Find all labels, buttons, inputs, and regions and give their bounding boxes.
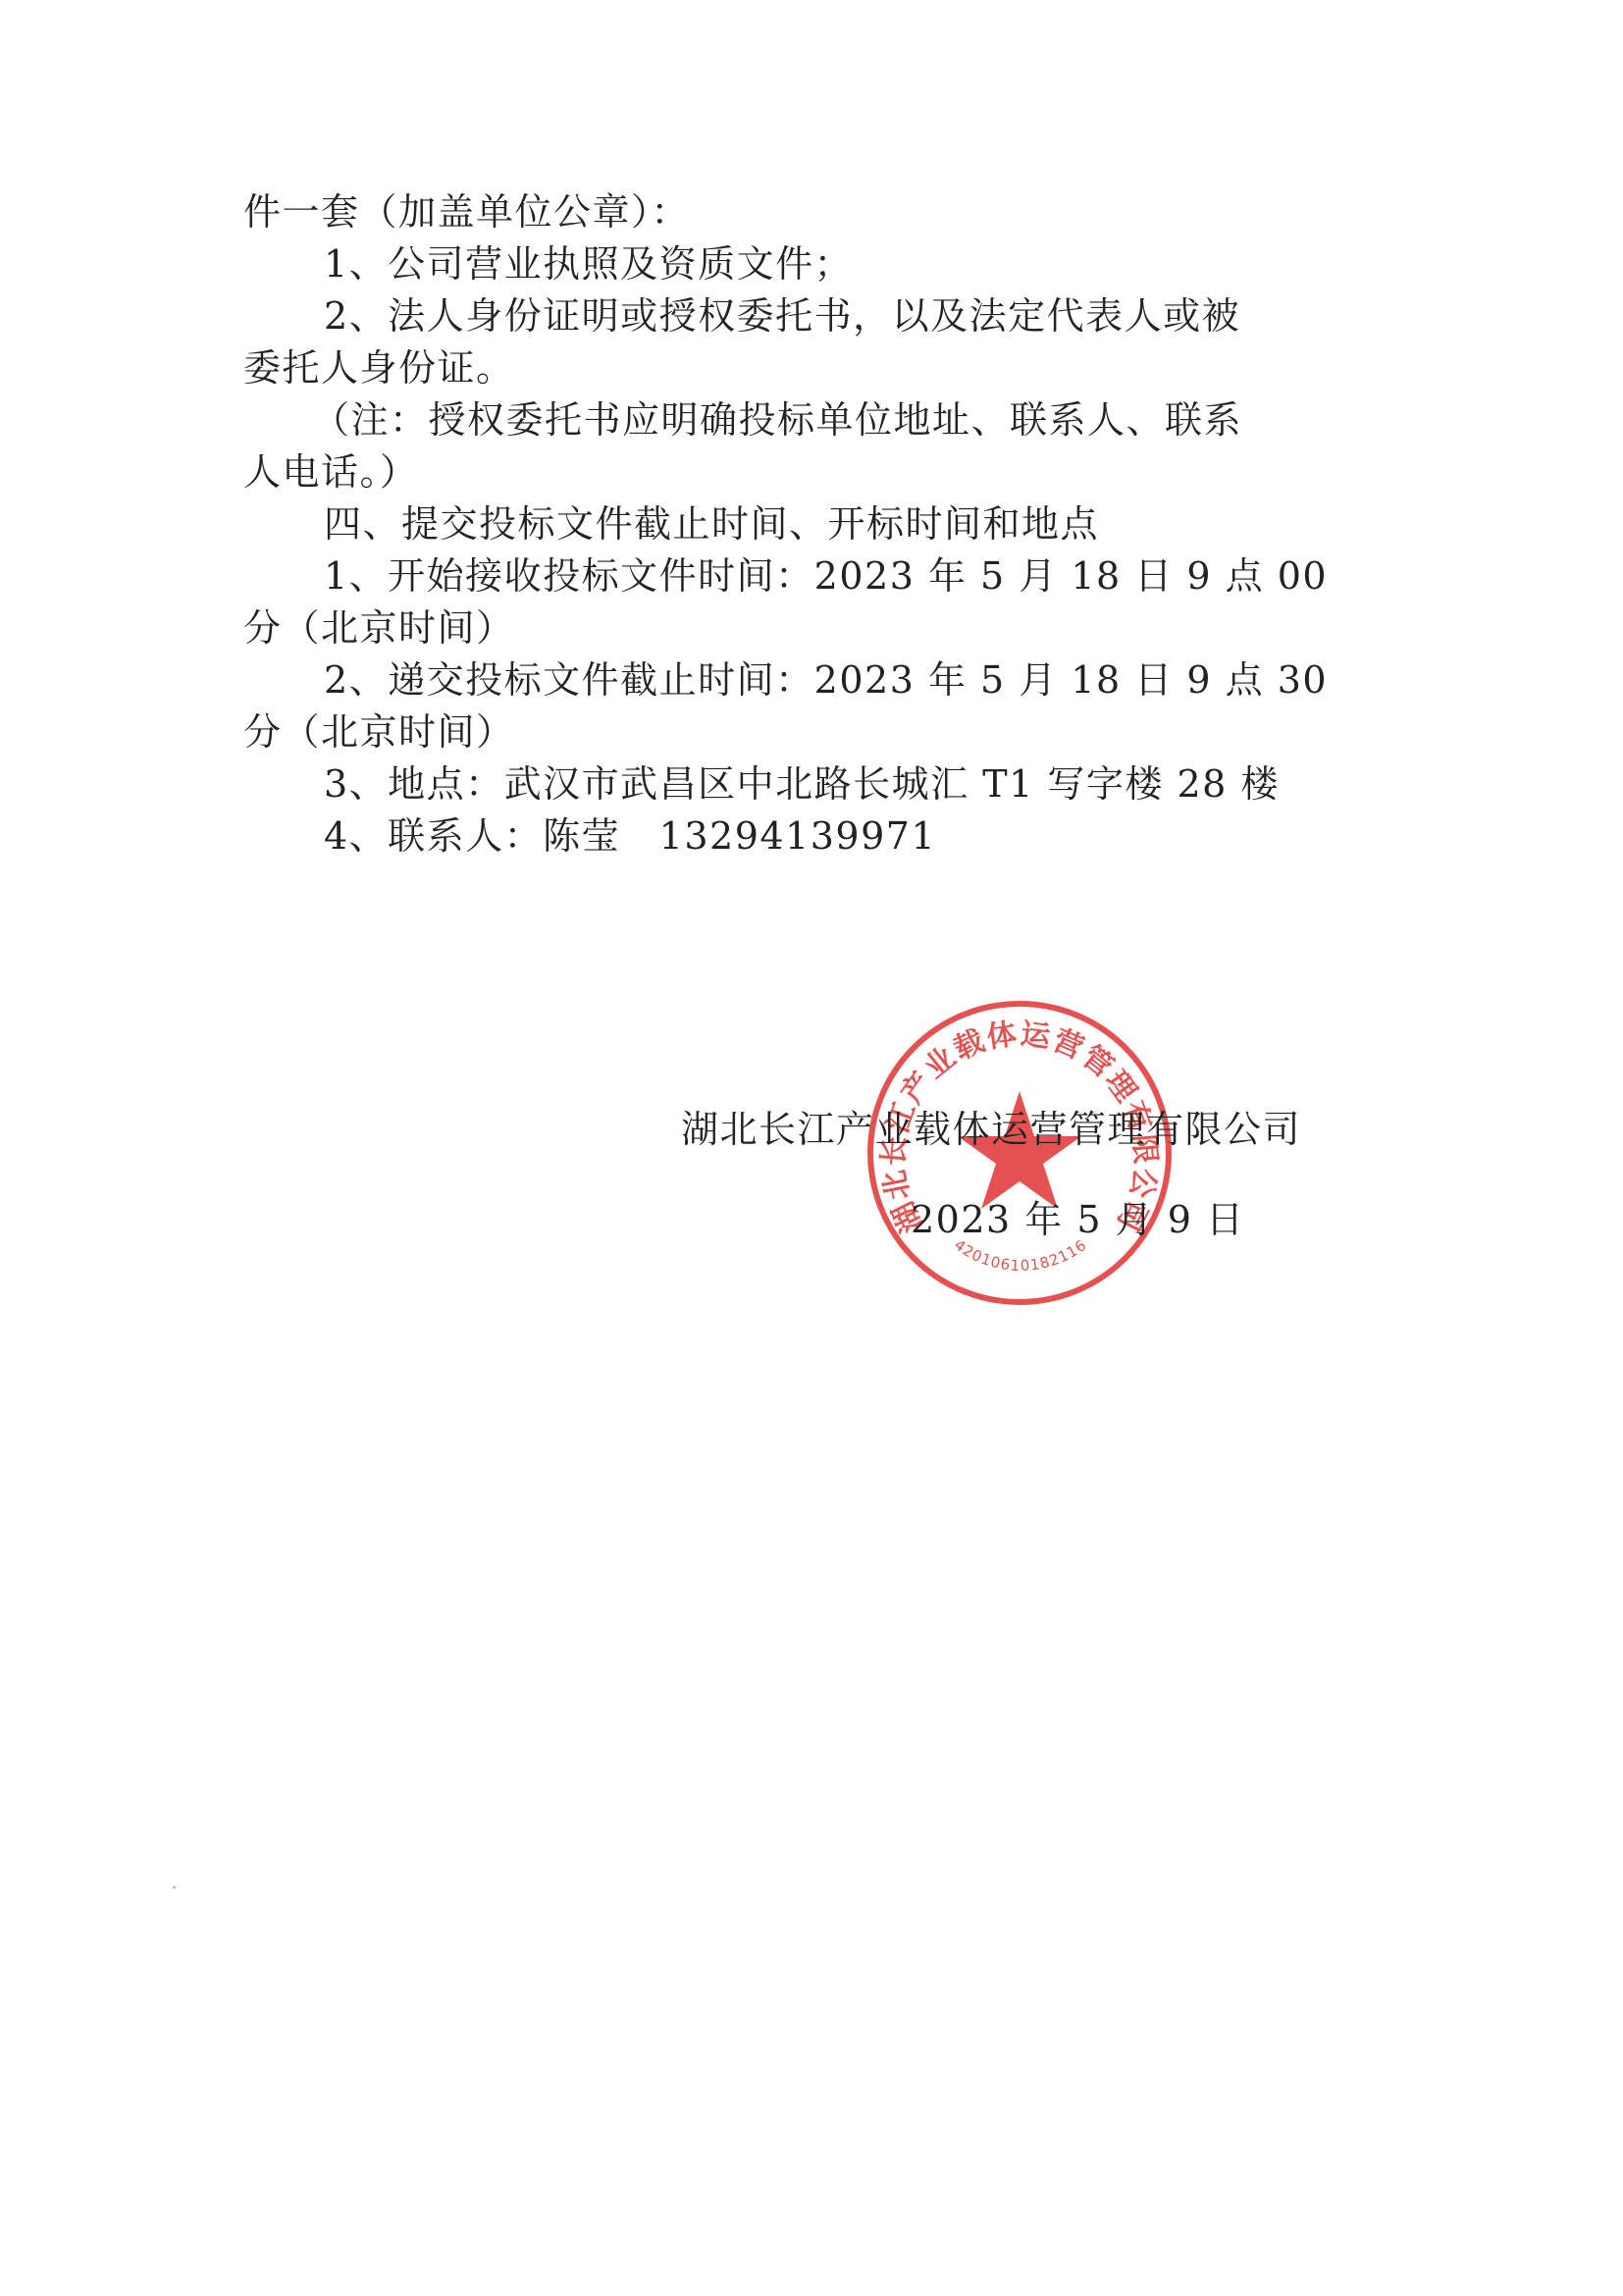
text-line: 分（北京时间）: [243, 602, 515, 654]
signature-date: 2023 年 5 月 9 日: [911, 1189, 1244, 1243]
contact-line: 4、联系人：陈莹 13294139971: [324, 810, 936, 862]
text-line: 件一套（加盖单位公章）：: [243, 186, 690, 238]
official-seal-icon: 湖北长江产业载体运营管理有限公司 42010610182116: [864, 997, 1176, 1309]
company-signature: 湖北长江产业载体运营管理有限公司: [681, 1099, 1301, 1153]
section-heading: 四、提交投标文件截止时间、开标时间和地点: [324, 498, 1099, 550]
text-line: 人电话。）: [243, 446, 419, 498]
address-line: 3、地点：武汉市武昌区中北路长城汇 T1 写字楼 28 楼: [324, 758, 1280, 810]
text-line: 2、法人身份证明或授权委托书，以及法定代表人或被: [324, 290, 1240, 342]
text-line: 2、递交投标文件截止时间：2023 年 5 月 18 日 9 点 30: [324, 654, 1328, 706]
text-line: 委托人身份证。: [243, 342, 515, 394]
text-line: 分（北京时间）: [243, 706, 515, 758]
text-line: 1、公司营业执照及资质文件；: [324, 238, 853, 290]
text-line: 1、开始接收投标文件时间：2023 年 5 月 18 日 9 点 00: [324, 550, 1328, 602]
scan-speck: [173, 1886, 176, 1889]
text-line: （注：授权委托书应明确投标单位地址、联系人、联系: [312, 394, 1242, 446]
document-page: 件一套（加盖单位公章）： 1、公司营业执照及资质文件； 2、法人身份证明或授权委…: [0, 0, 1623, 2296]
